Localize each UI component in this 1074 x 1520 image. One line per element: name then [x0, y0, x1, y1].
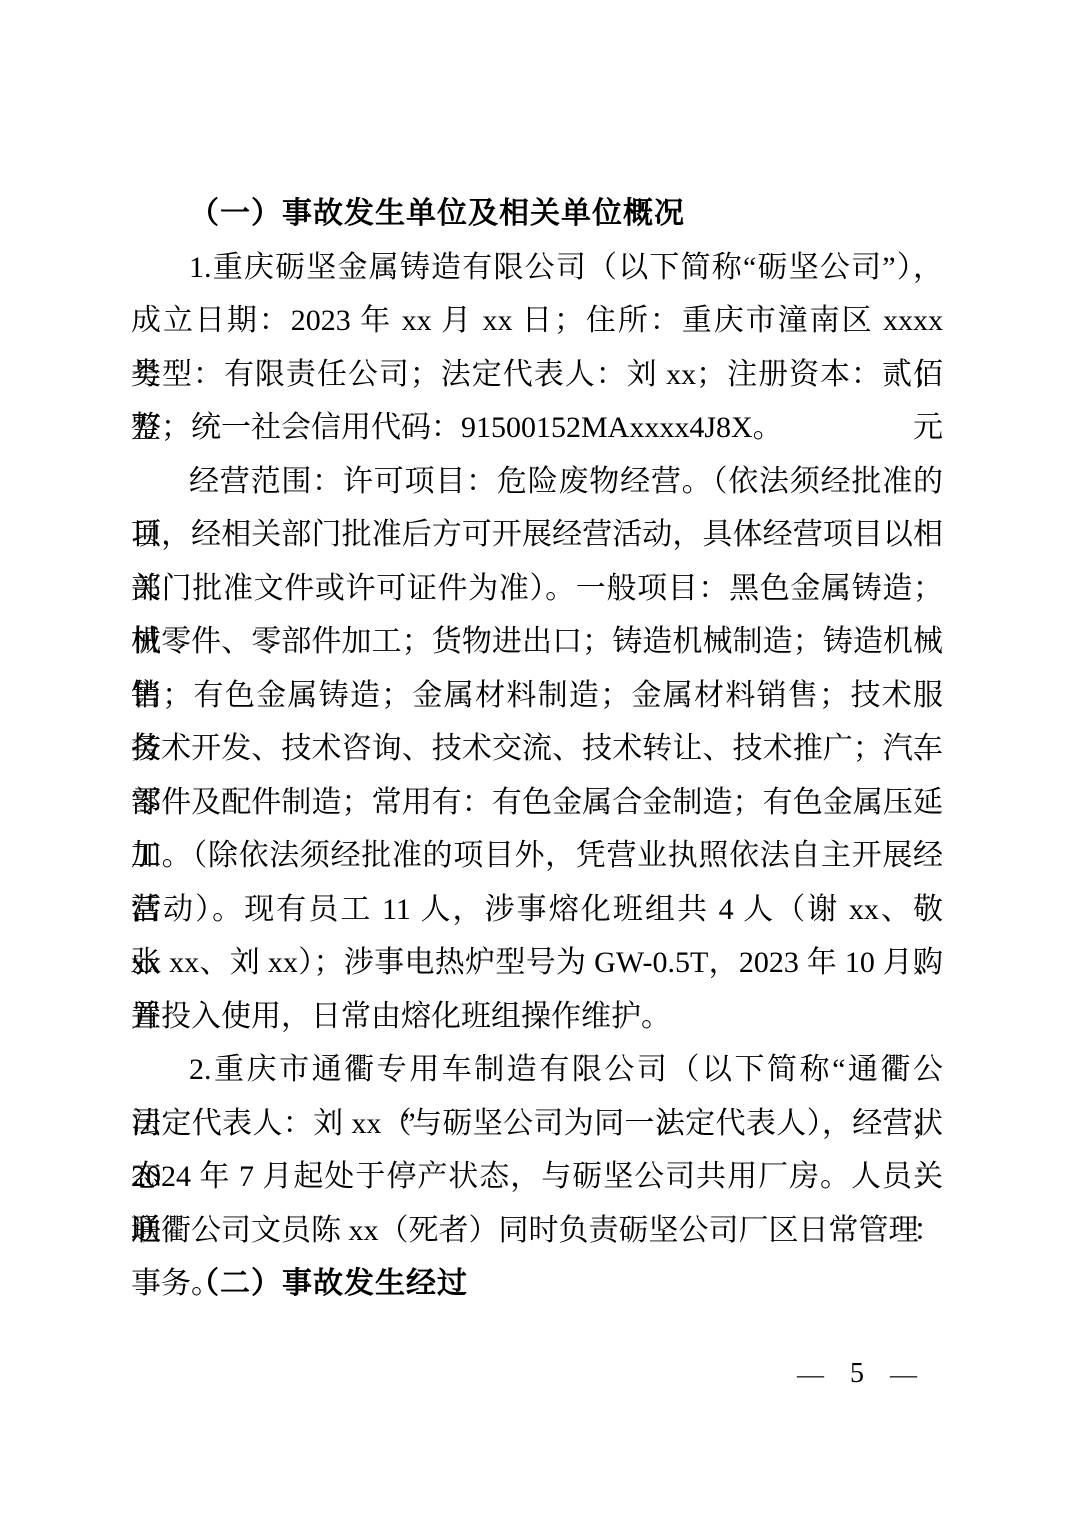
para-2-line-7: 部件及配件制造；常用有：有色金属合金制造；有色金属压延加 [131, 776, 943, 830]
para-2-line-11: 并投入使用，日常由熔化班组操作维护。 [131, 990, 943, 1044]
para-2-line-9: 活动）。现有员工 11 人，涉事熔化班组共 4 人（谢 xx、敬 xx、 [131, 883, 943, 937]
para-3-line-2: 法定代表人：刘 xx（与砺坚公司为同一法定代表人），经营状态： [131, 1097, 943, 1151]
para-2-line-8: 工。（除依法须经批准的项目外，凭营业执照依法自主开展经营 [131, 829, 943, 883]
page-footer: — 5 — [797, 1352, 917, 1396]
document-body: （一）事故发生单位及相关单位概况 1.重庆砺坚金属铸造有限公司（以下简称“砺坚公… [131, 187, 943, 1311]
para-2-line-10: 张 xx、刘 xx）；涉事电热炉型号为 GW-0.5T，2023 年 10 月购… [131, 936, 943, 990]
para-3-line-1: 2.重庆市通衢专用车制造有限公司（以下简称“通衢公司”）， [131, 1043, 943, 1097]
para-2-line-1: 经营范围：许可项目：危险废物经营。（依法须经批准的项 [131, 455, 943, 509]
para-2-line-3: 部门批准文件或许可证件为准）。一般项目：黑色金属铸造；机 [131, 562, 943, 616]
para-1-line-3: 类型：有限责任公司；法定代表人：刘 xx；注册资本：贰佰万元 [131, 348, 943, 402]
para-2-line-2: 目，经相关部门批准后方可开展经营活动，具体经营项目以相关 [131, 508, 943, 562]
para-2-line-4: 械零件、零部件加工；货物进出口；铸造机械制造；铸造机械销 [131, 615, 943, 669]
para-3-line-3: 2024 年 7 月起处于停产状态，与砺坚公司共用厂房。人员关联： [131, 1150, 943, 1204]
para-3-line-4: 通衢公司文员陈 xx（死者）同时负责砺坚公司厂区日常管理事务。 [131, 1204, 943, 1258]
para-2-line-6: 技术开发、技术咨询、技术交流、技术转让、技术推广；汽车零 [131, 722, 943, 776]
para-1-line-1: 1.重庆砺坚金属铸造有限公司（以下简称“砺坚公司”）， [131, 241, 943, 295]
section-2-heading: （二）事故发生经过 [131, 1257, 943, 1311]
para-2-line-5: 售；有色金属铸造；金属材料制造；金属材料销售；技术服务、 [131, 669, 943, 723]
footer-right-dash: — [890, 1359, 917, 1390]
section-1-heading: （一）事故发生单位及相关单位概况 [131, 187, 943, 241]
footer-page-number: 5 [850, 1358, 864, 1390]
document-page: （一）事故发生单位及相关单位概况 1.重庆砺坚金属铸造有限公司（以下简称“砺坚公… [0, 0, 1074, 1520]
footer-left-dash: — [797, 1359, 824, 1390]
para-1-line-2: 成立日期：2023 年 xx 月 xx 日；住所：重庆市潼南区 xxxx 号； [131, 294, 943, 348]
